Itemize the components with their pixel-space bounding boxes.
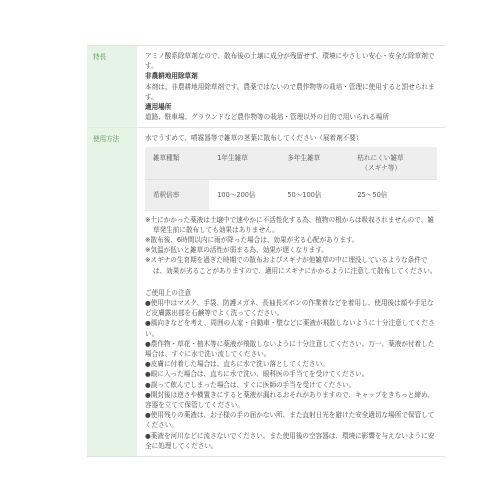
caution-item: ●眼に入った場合は、直ちに水で洗い、眼科医の手当てを受けてください。 [145,369,437,379]
features-label: 特長 [87,46,137,128]
product-spec-table: 特長 アミノ酸系除草剤なので、散布後の土壌に成分が残留せず、環境にやさしい安心・… [87,45,445,457]
dilution-value-perennial: 50〜100倍 [279,179,349,210]
dilution-table: 雑草種類 1年生雑草 多年生雑草 枯れにくい雑草 （スギナ等） 希釈倍率 [145,147,437,211]
dilution-header-annual: 1年生雑草 [209,147,279,180]
dilution-header-row: 雑草種類 1年生雑草 多年生雑草 枯れにくい雑草 （スギナ等） [145,147,437,180]
non-agri-text: 本剤は、非農耕地用除草剤です。農薬ではないので農作物等の栽培・管理に使用すると罰… [145,82,437,102]
usage-content: 水でうすめて、噴霧器等で雑草の茎葉に散布してください（展着剤不要） 雑草種類 1… [137,128,445,457]
places-text: 道路、駐車場、グラウンドなど農作物等の栽培・管理以外の目的で用いられる場所 [145,112,437,122]
usage-note: ※気温が低いと雑草の活性が弱まる為、効果が遅くなります。 [145,245,437,255]
dilution-value-annual: 100〜200倍 [209,179,279,210]
features-content: アミノ酸系除草剤なので、散布後の土壌に成分が残留せず、環境にやさしい安心・安全な… [137,46,445,128]
features-intro: アミノ酸系除草剤なので、散布後の土壌に成分が残留せず、環境にやさしい安心・安全な… [145,51,437,71]
places-heading: 適用場所 [145,102,437,112]
dilution-value-hard-to-kill: 25〜50倍 [349,179,437,210]
caution-item: ●使用中はマスク、手袋、防護メガネ、長袖長ズボンの作業着などを着用し、使用後は顔… [145,298,437,318]
caution-item: ●風向きなどを考え、周囲の人家・自動車・壁などに薬液が飛散しないように十分注意し… [145,318,437,338]
caution-item: ●誤って飲んでしまった場合は、すぐに医師の手当を受けてください。 [145,380,437,390]
dilution-header-weed-type: 雑草種類 [145,147,209,180]
caution-item: ●開封後は逆さや横置きにすると薬液が漏れるおそれがありますので、キャップをきちっ… [145,390,437,410]
caution-item: ●農作物・草花・植木等に薬液が飛散しないように十分注意してください。万一、薬液が… [145,339,437,359]
dilution-row-label: 希釈倍率 [145,179,209,210]
features-row: 特長 アミノ酸系除草剤なので、散布後の土壌に成分が残留せず、環境にやさしい安心・… [87,46,445,128]
caution-title: ご使用上の注意 [145,288,437,298]
caution-item: ●使用残りの薬液は、お子様の手の届かない所、また直射日光を避けた安全適切な場所で… [145,410,437,430]
usage-intro: 水でうすめて、噴霧器等で雑草の茎葉に散布してください（展着剤不要） [145,133,437,143]
non-agri-heading: 非農耕地用除草剤 [145,71,437,81]
usage-label: 使用方法 [87,128,137,457]
usage-note: ※土にかかった薬液は土壌中で速やかに不活性化する為、植物の根からは吸収されません… [145,215,437,235]
caution-item: ●皮膚に付着した場合は、直ちに水で洗い落としてください。 [145,359,437,369]
usage-note: ※散布後、6時間以内に雨が降った場合は、効果が劣る心配があります。 [145,235,437,245]
dilution-header-hard-to-kill-line2: （スギナ等） [357,163,437,173]
dilution-row: 希釈倍率 100〜200倍 50〜100倍 25〜50倍 [145,179,437,210]
dilution-header-perennial: 多年生雑草 [279,147,349,180]
usage-row: 使用方法 水でうすめて、噴霧器等で雑草の茎葉に散布してください（展着剤不要） 雑… [87,128,445,457]
dilution-header-hard-to-kill-line1: 枯れにくい雑草 [357,153,437,163]
caution-item: ●薬液を河川などに流さないでください。また使用後の空容器は、環境に影響を与えない… [145,431,437,451]
usage-note: ※スギナの生育期を過ぎた時期での散布およびスギナが他雑草の中に埋没しているような… [145,255,437,275]
dilution-header-hard-to-kill: 枯れにくい雑草 （スギナ等） [349,147,437,180]
